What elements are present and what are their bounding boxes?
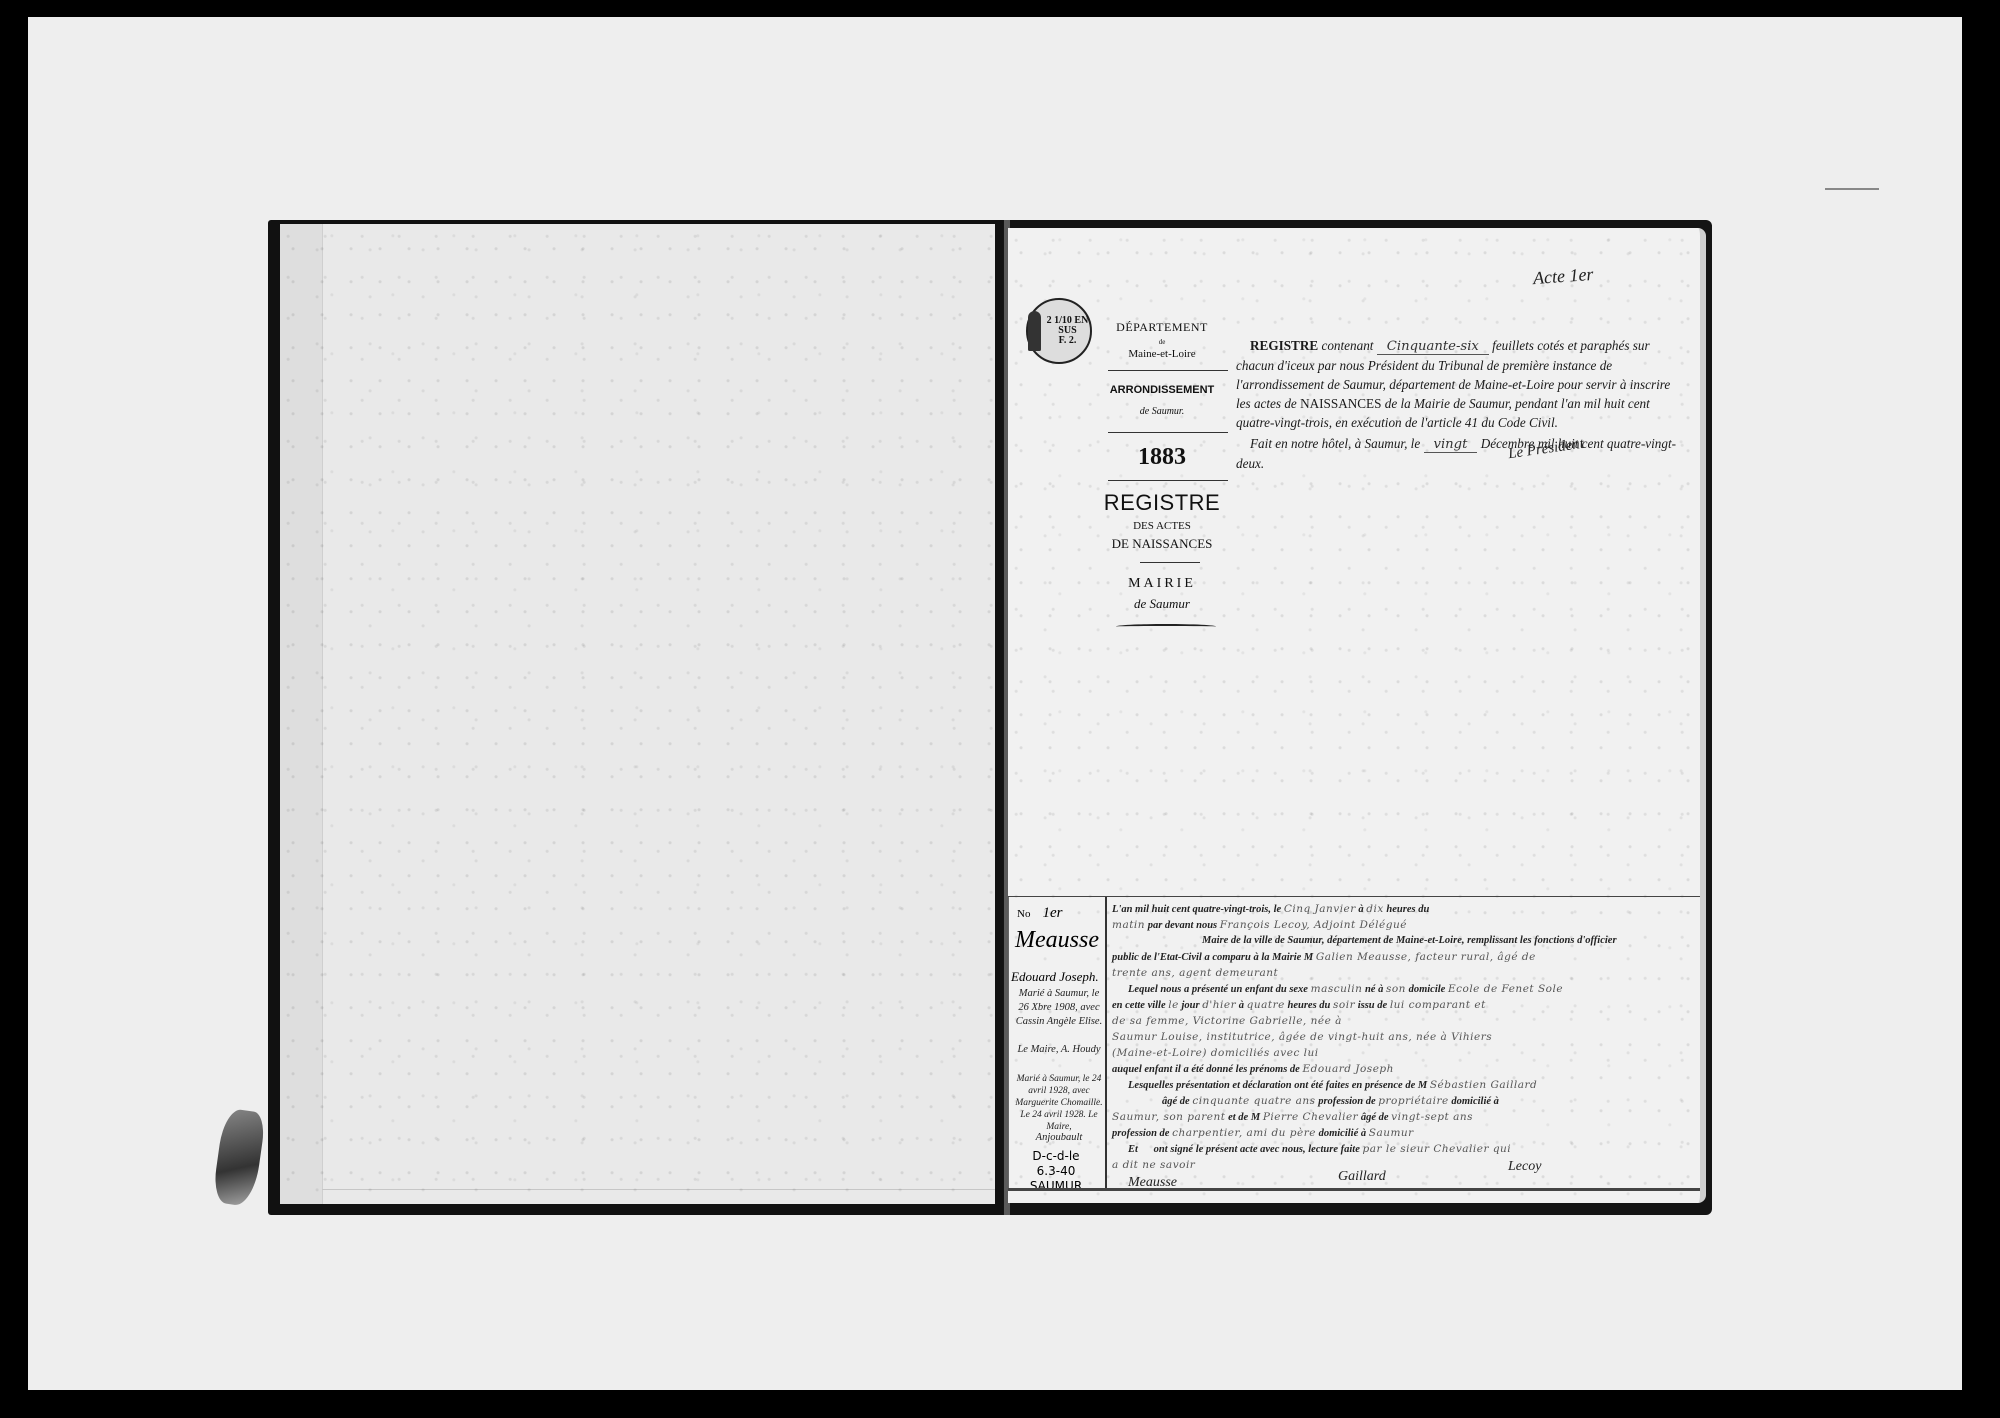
entry-line: (Maine-et-Loire) domiciliés avec lui bbox=[1112, 1047, 1688, 1059]
entry-line: Lequel nous a présenté un enfant du sexe… bbox=[1112, 983, 1688, 995]
entry-first-names: Edouard Joseph. bbox=[1011, 969, 1099, 985]
right-page: Acte 1er 2 1/10 EN SUS F. 2. DÉPARTEMENT… bbox=[1008, 228, 1706, 1203]
marriage-note-2: Marié à Saumur, le 24 avril 1928, avec M… bbox=[1013, 1073, 1105, 1133]
left-page-blank bbox=[280, 224, 995, 1204]
handwritten-count: Cinquante-six bbox=[1377, 339, 1489, 355]
entry-line: a dit ne savoir bbox=[1112, 1159, 1688, 1171]
left-page-border bbox=[322, 224, 995, 1190]
mairie-label: MAIRIE bbox=[1096, 576, 1228, 592]
entry-baseline bbox=[1008, 1188, 1700, 1191]
divider bbox=[1108, 370, 1228, 371]
entry-line: Maire de la ville de Saumur, département… bbox=[1112, 935, 1688, 946]
de-label: de bbox=[1096, 338, 1228, 346]
entry-line: Saumur Louise, institutrice, âgée de vin… bbox=[1112, 1031, 1688, 1043]
entry-line: Et ont signé le présent acte avec nous, … bbox=[1112, 1143, 1688, 1155]
entry-line: matin par devant nous François Lecoy, Ad… bbox=[1112, 919, 1688, 931]
entry-line: trente ans, agent demeurant bbox=[1112, 967, 1688, 979]
entry-number: No1er bbox=[1017, 905, 1062, 922]
entry-line: public de l'Etat-Civil a comparu à la Ma… bbox=[1112, 951, 1688, 963]
departement-name: Maine-et-Loire bbox=[1096, 348, 1228, 360]
entry-surname: Meausse bbox=[1015, 927, 1099, 954]
divider bbox=[1108, 480, 1228, 481]
justice-figure-icon bbox=[1028, 311, 1041, 351]
signature-witness: Gaillard bbox=[1338, 1169, 1386, 1185]
tax-stamp-icon: 2 1/10 EN SUS F. 2. bbox=[1026, 298, 1092, 364]
entry-line: âgé de cinquante quatre ans profession d… bbox=[1112, 1095, 1688, 1107]
corner-annotation: Acte 1er bbox=[1532, 264, 1594, 289]
birth-entry: No1er Meausse Edouard Joseph. Marié à Sa… bbox=[1008, 896, 1700, 1197]
stamp-value: 2 1/10 EN SUS bbox=[1045, 316, 1090, 336]
arrondissement-name: de Saumur. bbox=[1096, 406, 1228, 417]
cert-lead: REGISTRE bbox=[1250, 338, 1318, 353]
arrondissement-label: ARRONDISSEMENT bbox=[1096, 384, 1228, 396]
handwritten-day: vingt bbox=[1424, 437, 1478, 453]
marriage-note-1-sign: Le Maire, A. Houdy bbox=[1013, 1043, 1105, 1057]
entry-line: auquel enfant il a été donné les prénoms… bbox=[1112, 1063, 1688, 1075]
departement-label: DÉPARTEMENT bbox=[1096, 320, 1228, 335]
marriage-note-1: Marié à Saumur, le 26 Xbre 1908, avec Ca… bbox=[1013, 987, 1105, 1029]
scale-mark bbox=[1825, 188, 1879, 190]
naissances-word: NAISSANCES bbox=[1300, 396, 1381, 411]
certification-paragraph: REGISTRE contenant Cinquante-six feuille… bbox=[1236, 336, 1676, 473]
entry-line: profession de charpentier, ami du père d… bbox=[1112, 1127, 1688, 1139]
divider bbox=[1140, 562, 1200, 563]
registre-title: REGISTRE bbox=[1096, 490, 1228, 516]
divider bbox=[1108, 432, 1228, 433]
register-book: Acte 1er 2 1/10 EN SUS F. 2. DÉPARTEMENT… bbox=[268, 220, 1712, 1215]
mairie-name: de Saumur bbox=[1096, 596, 1228, 612]
entry-line: Lesquelles présentation et déclaration o… bbox=[1112, 1079, 1688, 1091]
flyleaf-edge bbox=[280, 224, 323, 1204]
register-year: 1883 bbox=[1096, 444, 1228, 471]
de-naissances: DE NAISSANCES bbox=[1096, 536, 1228, 552]
stamp-class: F. 2. bbox=[1045, 336, 1090, 346]
marriage-note-2-sign: Anjoubault bbox=[1013, 1131, 1105, 1145]
entry-line: L'an mil huit cent quatre-vingt-trois, l… bbox=[1112, 903, 1688, 915]
ornament-swash bbox=[1116, 624, 1216, 629]
signature-officer: Lecoy bbox=[1508, 1159, 1541, 1175]
entry-line: de sa femme, Victorine Gabrielle, née à bbox=[1112, 1015, 1688, 1027]
entry-line: Saumur, son parent et de M Pierre Cheval… bbox=[1112, 1111, 1688, 1123]
entry-margin: No1er Meausse Edouard Joseph. Marié à Sa… bbox=[1008, 897, 1107, 1189]
entry-line: en cette ville le jour d'hier à quatre h… bbox=[1112, 999, 1688, 1011]
des-actes: DES ACTES bbox=[1096, 520, 1228, 532]
